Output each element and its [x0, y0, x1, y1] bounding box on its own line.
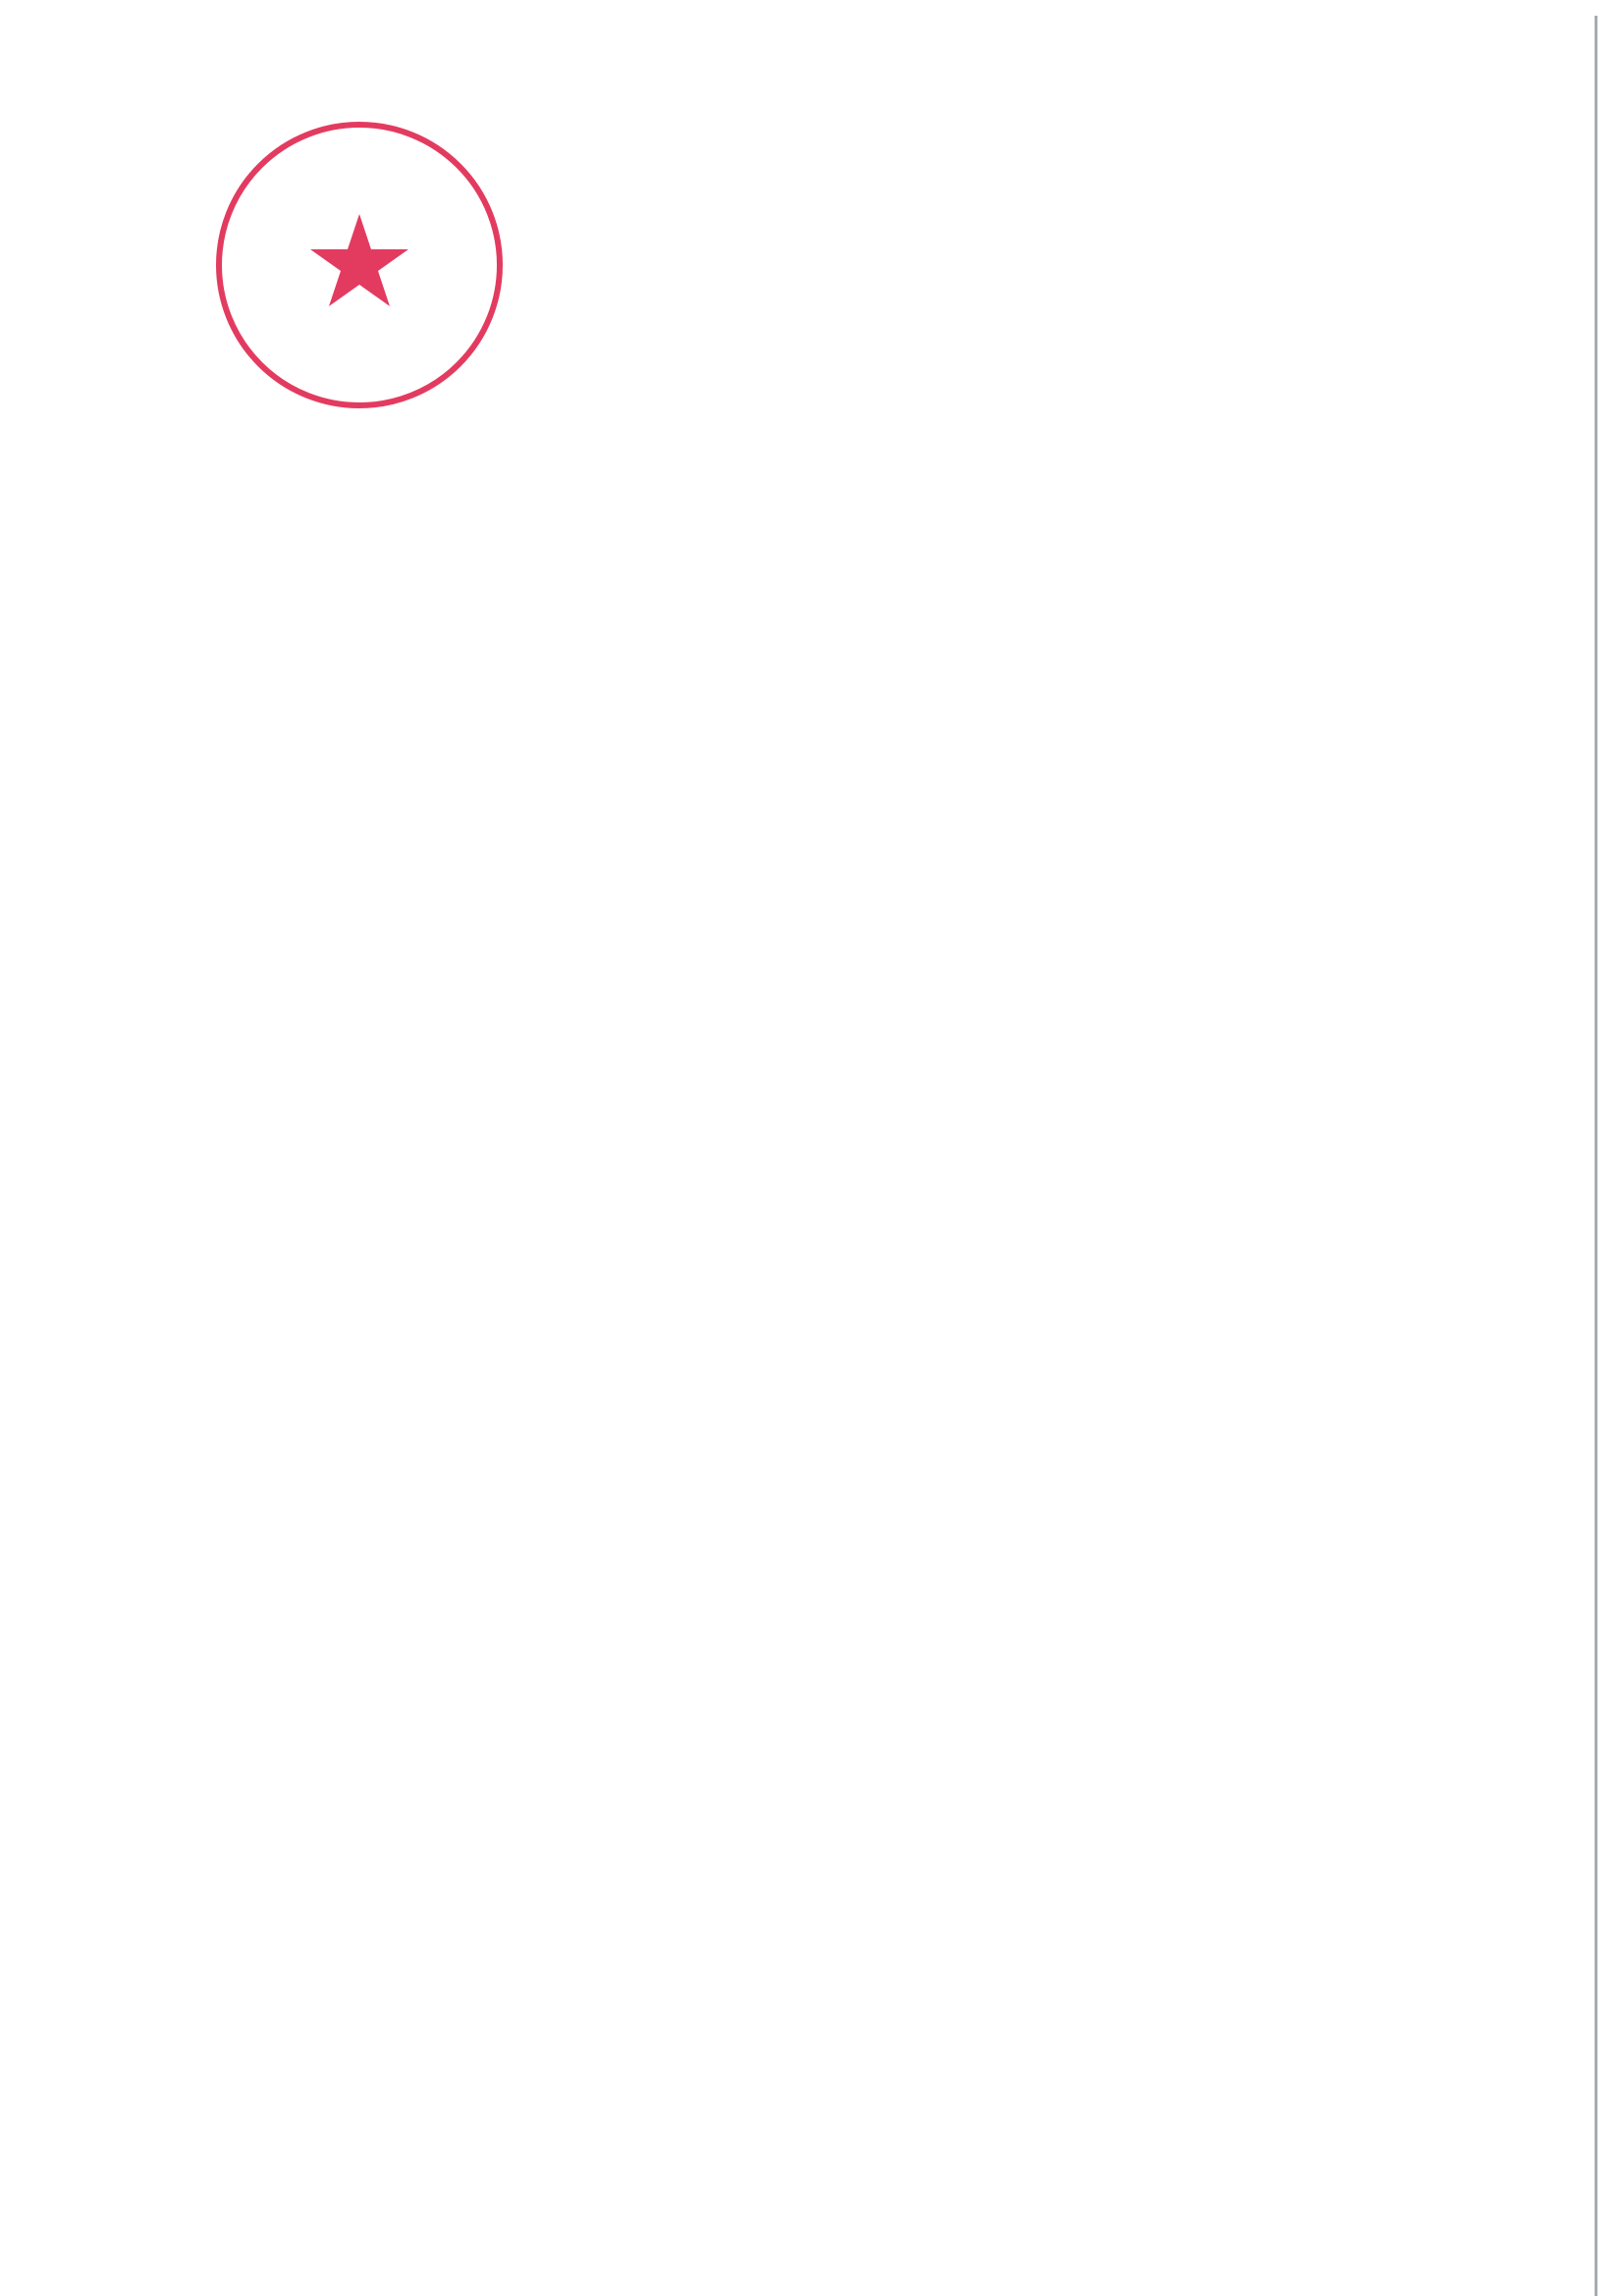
water-quality-table: [0, 0, 1624, 2296]
